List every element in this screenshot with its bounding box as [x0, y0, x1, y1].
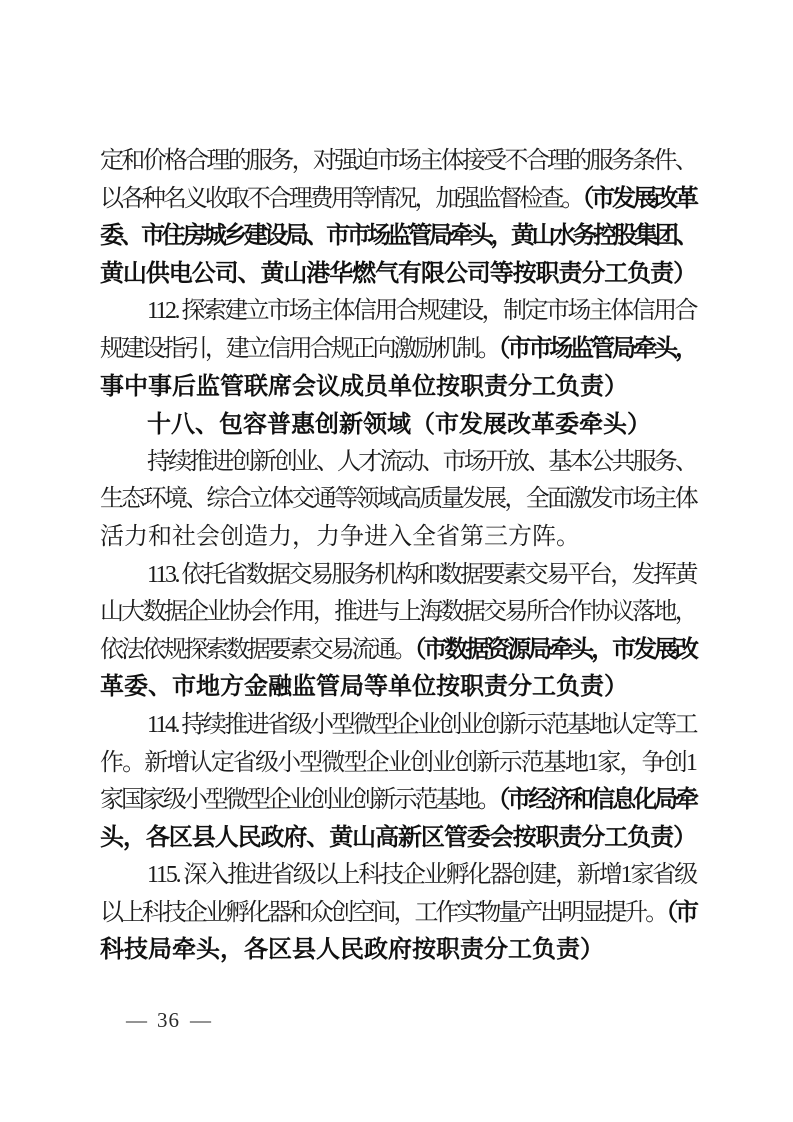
text-segment: 头，各区县人民政府、黄山高新区管委会按职责分工负责）: [100, 825, 696, 851]
text-segment: （市经济和信息化局牵: [498, 787, 696, 813]
text-segment: 山大数据企业协会作用，推进与上海数据交易所合作协议落地，: [100, 599, 696, 625]
text-line-content: 山大数据企业协会作用，推进与上海数据交易所合作协议落地，: [100, 594, 696, 632]
text-line: 头，各区县人民政府、黄山高新区管委会按职责分工负责）: [100, 820, 696, 858]
text-line-content: 依法依规探索数据要素交易流通。（市数据资源局牵头，市发展改: [100, 632, 696, 670]
page-number-footer: — 36 —: [126, 1002, 211, 1038]
text-line: 生态环境、综合立体交通等领域高质量发展，全面激发市场主体: [100, 481, 696, 519]
text-line-content: 规建设指引，建立信用合规正向激励机制。（市市场监管局牵头，: [100, 331, 696, 369]
text-segment: 规建设指引，建立信用合规正向激励机制。: [100, 336, 498, 362]
document-body: 定和价格合理的服务，对强迫市场主体接受不合理的服务条件、以各种名义收取不合理费用…: [100, 143, 696, 970]
document-page: 定和价格合理的服务，对强迫市场主体接受不合理的服务条件、以各种名义收取不合理费用…: [0, 0, 793, 1122]
text-line-content: 黄山供电公司、黄山港华燃气有限公司等按职责分工负责）: [100, 256, 696, 294]
text-line-content: 委、市住房城乡建设局、市市场监管局牵头，黄山水务控股集团、: [100, 218, 696, 256]
text-line: 114. 持续推进省级小型微型企业创业创新示范基地认定等工: [100, 707, 696, 745]
text-line-content: 作。新增认定省级小型微型企业创业创新示范基地1家，争创1: [100, 745, 696, 783]
text-segment: 112. 探索建立市场主体信用合规建设，制定市场主体信用合: [147, 298, 696, 324]
text-line-content: 以上科技企业孵化器和众创空间，工作实物量产出明显提升。（市: [100, 895, 696, 933]
text-segment: （市发展改革: [582, 186, 696, 212]
text-line-content: 活力和社会创造力，力争进入全省第三方阵。: [100, 519, 580, 557]
text-line-content: 头，各区县人民政府、黄山高新区管委会按职责分工负责）: [100, 820, 696, 858]
text-segment: 生态环境、综合立体交通等领域高质量发展，全面激发市场主体: [100, 486, 696, 512]
text-segment: 科技局牵头，各区县人民政府按职责分工负责）: [100, 937, 604, 963]
text-segment: 以各种名义收取不合理费用等情况，加强监督检查。: [100, 186, 582, 212]
text-line-content: 十八、包容普惠创新领域（市发展改革委牵头）: [147, 406, 651, 444]
text-segment: 活力和社会创造力，力争进入全省第三方阵。: [100, 524, 580, 550]
text-segment: 113. 依托省数据交易服务机构和数据要素交易平台，发挥黄: [147, 562, 696, 588]
page-number: 36: [157, 1002, 180, 1038]
text-segment: 114. 持续推进省级小型微型企业创业创新示范基地认定等工: [147, 712, 696, 738]
text-line: 委、市住房城乡建设局、市市场监管局牵头，黄山水务控股集团、: [100, 218, 696, 256]
text-line: 黄山供电公司、黄山港华燃气有限公司等按职责分工负责）: [100, 256, 696, 294]
footer-right-dash: —: [190, 1002, 211, 1038]
text-line-content: 事中事后监管联席会议成员单位按职责分工负责）: [100, 369, 628, 407]
text-line: 规建设指引，建立信用合规正向激励机制。（市市场监管局牵头，: [100, 331, 696, 369]
text-line: 事中事后监管联席会议成员单位按职责分工负责）: [100, 369, 696, 407]
text-line: 依法依规探索数据要素交易流通。（市数据资源局牵头，市发展改: [100, 632, 696, 670]
text-line-content: 科技局牵头，各区县人民政府按职责分工负责）: [100, 932, 604, 970]
section-heading: 十八、包容普惠创新领域（市发展改革委牵头）: [100, 406, 696, 444]
text-line: 112. 探索建立市场主体信用合规建设，制定市场主体信用合: [100, 293, 696, 331]
text-line: 活力和社会创造力，力争进入全省第三方阵。: [100, 519, 696, 557]
text-line-content: 113. 依托省数据交易服务机构和数据要素交易平台，发挥黄: [147, 557, 696, 595]
text-segment: （市: [666, 900, 696, 926]
text-segment: （市市场监管局牵头，: [498, 336, 696, 362]
text-segment: 以上科技企业孵化器和众创空间，工作实物量产出明显提升。: [100, 900, 666, 926]
text-line: 113. 依托省数据交易服务机构和数据要素交易平台，发挥黄: [100, 557, 696, 595]
text-segment: 持续推进创新创业、人才流动、市场开放、基本公共服务、: [147, 449, 696, 475]
text-segment: 革委、市地方金融监管局等单位按职责分工负责）: [100, 674, 628, 700]
text-line: 以各种名义收取不合理费用等情况，加强监督检查。（市发展改革: [100, 181, 696, 219]
text-segment: 115. 深入推进省级以上科技企业孵化器创建，新增1家省级: [147, 862, 696, 888]
text-segment: （市数据资源局牵头，市发展改: [414, 637, 696, 663]
text-line-content: 生态环境、综合立体交通等领域高质量发展，全面激发市场主体: [100, 481, 696, 519]
text-line-content: 定和价格合理的服务，对强迫市场主体接受不合理的服务条件、: [100, 143, 696, 181]
text-line-content: 114. 持续推进省级小型微型企业创业创新示范基地认定等工: [147, 707, 696, 745]
text-line: 科技局牵头，各区县人民政府按职责分工负责）: [100, 932, 696, 970]
text-line-content: 112. 探索建立市场主体信用合规建设，制定市场主体信用合: [147, 293, 696, 331]
text-line-content: 革委、市地方金融监管局等单位按职责分工负责）: [100, 669, 628, 707]
text-line: 作。新增认定省级小型微型企业创业创新示范基地1家，争创1: [100, 745, 696, 783]
text-line-content: 以各种名义收取不合理费用等情况，加强监督检查。（市发展改革: [100, 181, 696, 219]
text-segment: 依法依规探索数据要素交易流通。: [100, 637, 414, 663]
text-line-content: 家国家级小型微型企业创业创新示范基地。（市经济和信息化局牵: [100, 782, 696, 820]
text-segment: 委、市住房城乡建设局、市市场监管局牵头，黄山水务控股集团、: [100, 223, 696, 249]
text-line: 革委、市地方金融监管局等单位按职责分工负责）: [100, 669, 696, 707]
text-line: 持续推进创新创业、人才流动、市场开放、基本公共服务、: [100, 444, 696, 482]
text-line: 山大数据企业协会作用，推进与上海数据交易所合作协议落地，: [100, 594, 696, 632]
text-segment: 黄山供电公司、黄山港华燃气有限公司等按职责分工负责）: [100, 261, 696, 287]
text-line: 115. 深入推进省级以上科技企业孵化器创建，新增1家省级: [100, 857, 696, 895]
text-segment: 定和价格合理的服务，对强迫市场主体接受不合理的服务条件、: [100, 148, 696, 174]
text-line: 以上科技企业孵化器和众创空间，工作实物量产出明显提升。（市: [100, 895, 696, 933]
text-line-content: 115. 深入推进省级以上科技企业孵化器创建，新增1家省级: [147, 857, 696, 895]
text-segment: 家国家级小型微型企业创业创新示范基地。: [100, 787, 498, 813]
text-line: 定和价格合理的服务，对强迫市场主体接受不合理的服务条件、: [100, 143, 696, 181]
text-line-content: 持续推进创新创业、人才流动、市场开放、基本公共服务、: [147, 444, 696, 482]
text-segment: 事中事后监管联席会议成员单位按职责分工负责）: [100, 374, 628, 400]
text-line: 家国家级小型微型企业创业创新示范基地。（市经济和信息化局牵: [100, 782, 696, 820]
text-segment: 十八、包容普惠创新领域（市发展改革委牵头）: [147, 411, 651, 438]
text-segment: 作。新增认定省级小型微型企业创业创新示范基地1家，争创1: [100, 750, 696, 776]
footer-left-dash: —: [126, 1002, 147, 1038]
